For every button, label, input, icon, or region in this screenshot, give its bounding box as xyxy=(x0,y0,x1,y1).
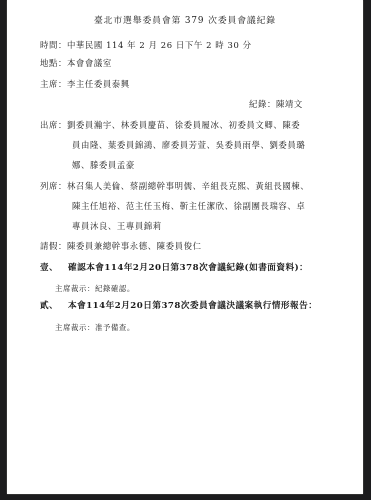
chair-value: 李主任委員泰興 xyxy=(67,79,130,89)
observers-label: 列席： xyxy=(40,181,67,192)
recorder-label: 紀錄： xyxy=(249,99,276,110)
document-page: 臺北市選舉委員會第 379 次委員會議紀錄 時間：中華民國 114 年 2 月 … xyxy=(7,0,363,494)
attendees-line-2: 員由隆、葉委員錦鴻、廖委員芳萱、吳委員雨學、劉委員璐 xyxy=(72,140,305,151)
observers-line-2: 陳主任旭裕、范主任玉梅、靳主任潔欣、徐副團長瑞容、卓 xyxy=(72,201,305,212)
agenda-item-1-remark: 主席裁示：紀錄確認。 xyxy=(55,283,135,294)
observers-text-1: 林召集人美倫、蔡副總幹事明儒、辛組長克熙、黃組長國棟、 xyxy=(67,181,309,191)
place-value: 本會會議室 xyxy=(67,58,112,68)
attendees-text-1: 劉委員瀚宇、林委員慶苗、徐委員履冰、初委員文卿、陳委 xyxy=(67,120,300,130)
observers-line-3: 專員沐良、王專員錦莉 xyxy=(72,221,162,232)
meeting-place: 地點：本會會議室 xyxy=(40,58,112,69)
agenda-item-2-title: 本會114年2月20日第378次委員會議決議案執行情形報告： xyxy=(68,301,317,311)
attendees-line-3: 娜、滕委員孟豪 xyxy=(72,160,135,171)
attendees-label: 出席： xyxy=(40,120,67,131)
place-label: 地點： xyxy=(40,58,67,69)
meeting-recorder: 紀錄：陳靖文 xyxy=(249,99,303,110)
agenda-item-1-heading: 壹、確認本會114年2月20日第378次會議紀錄(如書面資料)： xyxy=(40,263,308,274)
observers-line-1: 列席：林召集人美倫、蔡副總幹事明儒、辛組長克熙、黃組長國棟、 xyxy=(40,181,309,192)
agenda-item-1-title: 確認本會114年2月20日第378次會議紀錄(如書面資料)： xyxy=(68,263,308,273)
time-value: 中華民國 114 年 2 月 26 日下午 2 時 30 分 xyxy=(67,40,252,50)
leave-value: 陳委員兼總幹事永德、陳委員俊仁 xyxy=(67,241,202,251)
agenda-item-2-remark: 主席裁示：准予備查。 xyxy=(55,322,135,333)
recorder-value: 陳靖文 xyxy=(276,99,303,109)
agenda-item-2-number: 貳、 xyxy=(40,301,68,312)
leave-line: 請假：陳委員兼總幹事永德、陳委員俊仁 xyxy=(40,241,202,252)
chair-label: 主席： xyxy=(40,79,67,90)
agenda-item-1-number: 壹、 xyxy=(40,263,68,274)
time-label: 時間： xyxy=(40,40,67,51)
attendees-line-1: 出席：劉委員瀚宇、林委員慶苗、徐委員履冰、初委員文卿、陳委 xyxy=(40,120,300,131)
agenda-item-2-heading: 貳、本會114年2月20日第378次委員會議決議案執行情形報告： xyxy=(40,301,317,312)
document-title: 臺北市選舉委員會第 379 次委員會議紀錄 xyxy=(7,16,363,27)
meeting-time: 時間：中華民國 114 年 2 月 26 日下午 2 時 30 分 xyxy=(40,40,252,51)
leave-label: 請假： xyxy=(40,241,67,252)
meeting-chair: 主席：李主任委員泰興 xyxy=(40,79,130,90)
